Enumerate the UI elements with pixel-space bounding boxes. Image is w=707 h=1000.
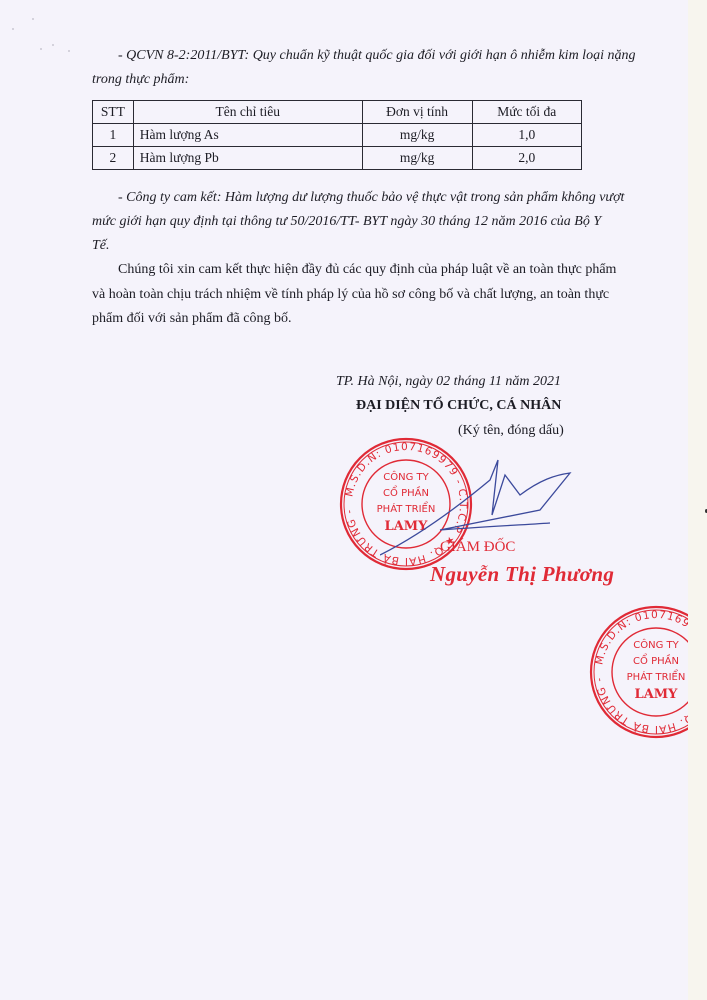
commitment-text-cont: mức giới hạn quy định tại thông tư 50/20… (92, 214, 601, 230)
pledge-text-end: phẩm đối với sản phẩm đã công bố. (92, 311, 291, 327)
cell-max: 2,0 (472, 147, 581, 170)
director-title: GIÁM ĐỐC (440, 539, 515, 556)
scan-speck (68, 50, 70, 52)
scan-speck (40, 48, 42, 50)
scan-speck (12, 28, 14, 30)
col-header-unit: Đơn vị tính (362, 101, 472, 124)
director-name: Nguyễn Thị Phương (430, 562, 614, 587)
col-header-stt: STT (93, 101, 134, 124)
document-page: - QCVN 8-2:2011/BYT: Quy chuẩn kỹ thuật … (0, 0, 707, 1000)
cell-max: 1,0 (472, 124, 581, 147)
regulation-intro: - QCVN 8-2:2011/BYT: Quy chuẩn kỹ thuật … (118, 48, 635, 64)
cell-stt: 2 (93, 147, 134, 170)
scan-speck (32, 18, 34, 20)
commitment-text: - Công ty cam kết: Hàm lượng dư lượng th… (118, 190, 624, 206)
col-header-name: Tên chỉ tiêu (133, 101, 362, 124)
svg-text:CỔ PHẦN: CỔ PHẦN (633, 652, 679, 667)
table-row: 1 Hàm lượng As mg/kg 1,0 (93, 124, 582, 147)
date-line: TP. Hà Nội, ngày 02 tháng 11 năm 2021 (336, 374, 561, 390)
scan-speck (52, 44, 54, 46)
table-header-row: STT Tên chỉ tiêu Đơn vị tính Mức tối đa (93, 101, 582, 124)
svg-text:LAMY: LAMY (635, 687, 679, 702)
scan-edge (688, 0, 707, 1000)
commitment-text-end: Tế. (92, 238, 110, 254)
pledge-text-cont: và hoàn toàn chịu trách nhiệm về tính ph… (92, 287, 609, 303)
svg-text:PHÁT TRIỂN: PHÁT TRIỂN (627, 669, 686, 683)
cell-unit: mg/kg (362, 147, 472, 170)
cell-name: Hàm lượng Pb (133, 147, 362, 170)
cell-stt: 1 (93, 124, 134, 147)
scan-edge-cover (688, 600, 707, 750)
heavy-metal-limits-table: STT Tên chỉ tiêu Đơn vị tính Mức tối đa … (92, 100, 582, 170)
table-row: 2 Hàm lượng Pb mg/kg 2,0 (93, 147, 582, 170)
svg-text:CÔNG TY: CÔNG TY (633, 638, 679, 651)
representative-heading: ĐẠI DIỆN TỔ CHỨC, CÁ NHÂN (356, 398, 561, 414)
cell-unit: mg/kg (362, 124, 472, 147)
cell-name: Hàm lượng As (133, 124, 362, 147)
col-header-max: Mức tối đa (472, 101, 581, 124)
pledge-text: Chúng tôi xin cam kết thực hiện đầy đủ c… (118, 262, 616, 278)
regulation-intro-cont: trong thực phẩm: (92, 72, 189, 88)
